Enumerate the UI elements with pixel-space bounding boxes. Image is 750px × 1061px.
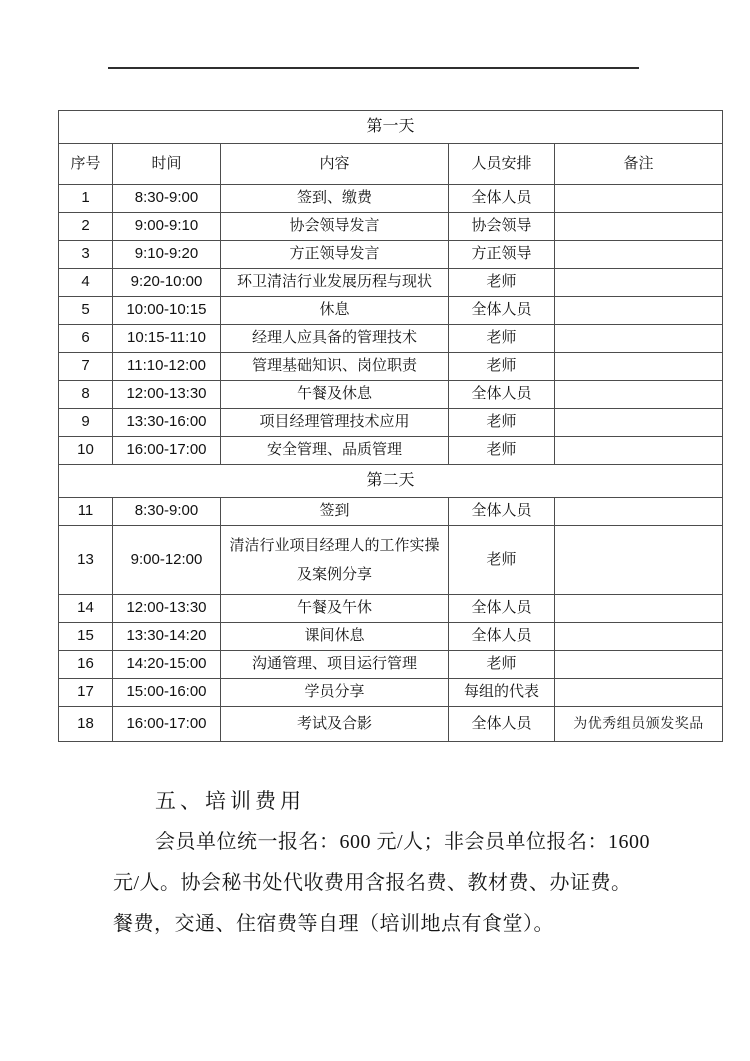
staff-cell: 协会领导	[449, 213, 555, 241]
time-cell: 12:00-13:30	[113, 381, 221, 409]
time-cell: 9:10-9:20	[113, 241, 221, 269]
content-cell: 清洁行业项目经理人的工作实操及案例分享	[221, 526, 449, 595]
schedule-row: 1816:00-17:00考试及合影全体人员为优秀组员颁发奖品	[59, 707, 723, 742]
time-cell: 13:30-16:00	[113, 409, 221, 437]
day2-banner-row: 第二天	[59, 465, 723, 498]
schedule-row: 1715:00-16:00学员分享每组的代表	[59, 679, 723, 707]
day1-banner-row: 第一天	[59, 111, 723, 144]
row-number-cell: 1	[59, 185, 113, 213]
column-header-number: 序号	[59, 144, 113, 185]
content-line: 清洁行业项目经理人的工作实操	[221, 531, 448, 560]
row-number-cell: 8	[59, 381, 113, 409]
row-number-cell: 2	[59, 213, 113, 241]
schedule-row: 510:00-10:15休息全体人员	[59, 297, 723, 325]
content-cell: 协会领导发言	[221, 213, 449, 241]
row-number-cell: 10	[59, 437, 113, 465]
content-cell: 课间休息	[221, 623, 449, 651]
time-cell: 16:00-17:00	[113, 437, 221, 465]
note-cell	[555, 241, 723, 269]
day2-banner-label: 第二天	[59, 465, 723, 498]
row-number-cell: 7	[59, 353, 113, 381]
note-cell	[555, 526, 723, 595]
staff-cell: 老师	[449, 437, 555, 465]
schedule-row: 1016:00-17:00安全管理、品质管理老师	[59, 437, 723, 465]
time-cell: 8:30-9:00	[113, 185, 221, 213]
row-number-cell: 13	[59, 526, 113, 595]
content-cell: 经理人应具备的管理技术	[221, 325, 449, 353]
staff-cell: 全体人员	[449, 297, 555, 325]
note-cell	[555, 353, 723, 381]
note-cell	[555, 213, 723, 241]
table-header-row: 序号 时间 内容 人员安排 备注	[59, 144, 723, 185]
staff-cell: 每组的代表	[449, 679, 555, 707]
schedule-row: 49:20-10:00环卫清洁行业发展历程与现状老师	[59, 269, 723, 297]
content-line: 及案例分享	[221, 560, 448, 589]
column-header-note: 备注	[555, 144, 723, 185]
note-cell	[555, 623, 723, 651]
note-cell	[555, 651, 723, 679]
time-cell: 11:10-12:00	[113, 353, 221, 381]
note-cell	[555, 297, 723, 325]
note-cell	[555, 679, 723, 707]
time-cell: 14:20-15:00	[113, 651, 221, 679]
column-header-staff: 人员安排	[449, 144, 555, 185]
row-number-cell: 9	[59, 409, 113, 437]
schedule-row: 812:00-13:30午餐及休息全体人员	[59, 381, 723, 409]
staff-cell: 全体人员	[449, 498, 555, 526]
time-cell: 13:30-14:20	[113, 623, 221, 651]
note-cell: 为优秀组员颁发奖品	[555, 707, 723, 742]
row-number-cell: 6	[59, 325, 113, 353]
schedule-row: 1513:30-14:20课间休息全体人员	[59, 623, 723, 651]
row-number-cell: 5	[59, 297, 113, 325]
content-cell: 安全管理、品质管理	[221, 437, 449, 465]
fees-paragraph-line: 餐费，交通、住宿费等自理（培训地点有食堂）。	[113, 904, 750, 945]
document-page: 第一天 序号 时间 内容 人员安排 备注 18:30-9:00签到、缴费全体人员…	[0, 0, 750, 1061]
column-header-time: 时间	[113, 144, 221, 185]
fees-paragraph-line: 会员单位统一报名：600 元/人；非会员单位报名：1600	[155, 822, 750, 863]
schedule-row: 1614:20-15:00沟通管理、项目运行管理老师	[59, 651, 723, 679]
training-schedule-table: 第一天 序号 时间 内容 人员安排 备注 18:30-9:00签到、缴费全体人员…	[58, 110, 723, 742]
row-number-cell: 3	[59, 241, 113, 269]
column-header-content: 内容	[221, 144, 449, 185]
row-number-cell: 17	[59, 679, 113, 707]
fees-heading: 五、培训费用	[155, 788, 750, 814]
time-cell: 10:00-10:15	[113, 297, 221, 325]
note-cell	[555, 437, 723, 465]
content-cell: 签到	[221, 498, 449, 526]
fees-paragraph-line: 元/人。协会秘书处代收费用含报名费、教材费、办证费。	[113, 863, 750, 904]
row-number-cell: 15	[59, 623, 113, 651]
note-cell	[555, 498, 723, 526]
staff-cell: 老师	[449, 409, 555, 437]
content-cell: 管理基础知识、岗位职责	[221, 353, 449, 381]
content-cell: 考试及合影	[221, 707, 449, 742]
fees-section: 五、培训费用 会员单位统一报名：600 元/人；非会员单位报名：1600 元/人…	[0, 788, 750, 945]
content-cell: 午餐及休息	[221, 381, 449, 409]
content-cell: 签到、缴费	[221, 185, 449, 213]
staff-cell: 方正领导	[449, 241, 555, 269]
content-cell: 午餐及午休	[221, 595, 449, 623]
content-cell: 沟通管理、项目运行管理	[221, 651, 449, 679]
note-cell	[555, 269, 723, 297]
staff-cell: 全体人员	[449, 623, 555, 651]
schedule-row: 711:10-12:00管理基础知识、岗位职责老师	[59, 353, 723, 381]
row-number-cell: 4	[59, 269, 113, 297]
content-cell: 休息	[221, 297, 449, 325]
content-cell: 方正领导发言	[221, 241, 449, 269]
note-cell	[555, 381, 723, 409]
time-cell: 12:00-13:30	[113, 595, 221, 623]
row-number-cell: 14	[59, 595, 113, 623]
schedule-row: 18:30-9:00签到、缴费全体人员	[59, 185, 723, 213]
schedule-row: 118:30-9:00签到全体人员	[59, 498, 723, 526]
row-number-cell: 16	[59, 651, 113, 679]
content-cell: 项目经理管理技术应用	[221, 409, 449, 437]
day1-rows: 18:30-9:00签到、缴费全体人员29:00-9:10协会领导发言协会领导3…	[59, 185, 723, 465]
time-cell: 9:00-9:10	[113, 213, 221, 241]
staff-cell: 老师	[449, 353, 555, 381]
schedule-row: 139:00-12:00清洁行业项目经理人的工作实操及案例分享老师	[59, 526, 723, 595]
time-cell: 9:20-10:00	[113, 269, 221, 297]
content-cell: 学员分享	[221, 679, 449, 707]
note-cell	[555, 595, 723, 623]
time-cell: 16:00-17:00	[113, 707, 221, 742]
row-number-cell: 18	[59, 707, 113, 742]
schedule-row: 39:10-9:20方正领导发言方正领导	[59, 241, 723, 269]
time-cell: 9:00-12:00	[113, 526, 221, 595]
day1-banner-label: 第一天	[59, 111, 723, 144]
schedule-row: 610:15-11:10经理人应具备的管理技术老师	[59, 325, 723, 353]
note-cell	[555, 409, 723, 437]
staff-cell: 老师	[449, 269, 555, 297]
staff-cell: 全体人员	[449, 185, 555, 213]
row-number-cell: 11	[59, 498, 113, 526]
day2-rows: 118:30-9:00签到全体人员139:00-12:00清洁行业项目经理人的工…	[59, 498, 723, 742]
staff-cell: 全体人员	[449, 707, 555, 742]
schedule-row: 29:00-9:10协会领导发言协会领导	[59, 213, 723, 241]
note-text: 为优秀组员颁发奖品	[573, 717, 704, 732]
time-cell: 10:15-11:10	[113, 325, 221, 353]
content-cell: 环卫清洁行业发展历程与现状	[221, 269, 449, 297]
note-cell	[555, 325, 723, 353]
staff-cell: 全体人员	[449, 381, 555, 409]
time-cell: 15:00-16:00	[113, 679, 221, 707]
header-separator-line	[108, 67, 639, 69]
staff-cell: 老师	[449, 325, 555, 353]
schedule-row: 1412:00-13:30午餐及午休全体人员	[59, 595, 723, 623]
note-cell	[555, 185, 723, 213]
staff-cell: 老师	[449, 526, 555, 595]
staff-cell: 全体人员	[449, 595, 555, 623]
schedule-row: 913:30-16:00项目经理管理技术应用老师	[59, 409, 723, 437]
staff-cell: 老师	[449, 651, 555, 679]
time-cell: 8:30-9:00	[113, 498, 221, 526]
